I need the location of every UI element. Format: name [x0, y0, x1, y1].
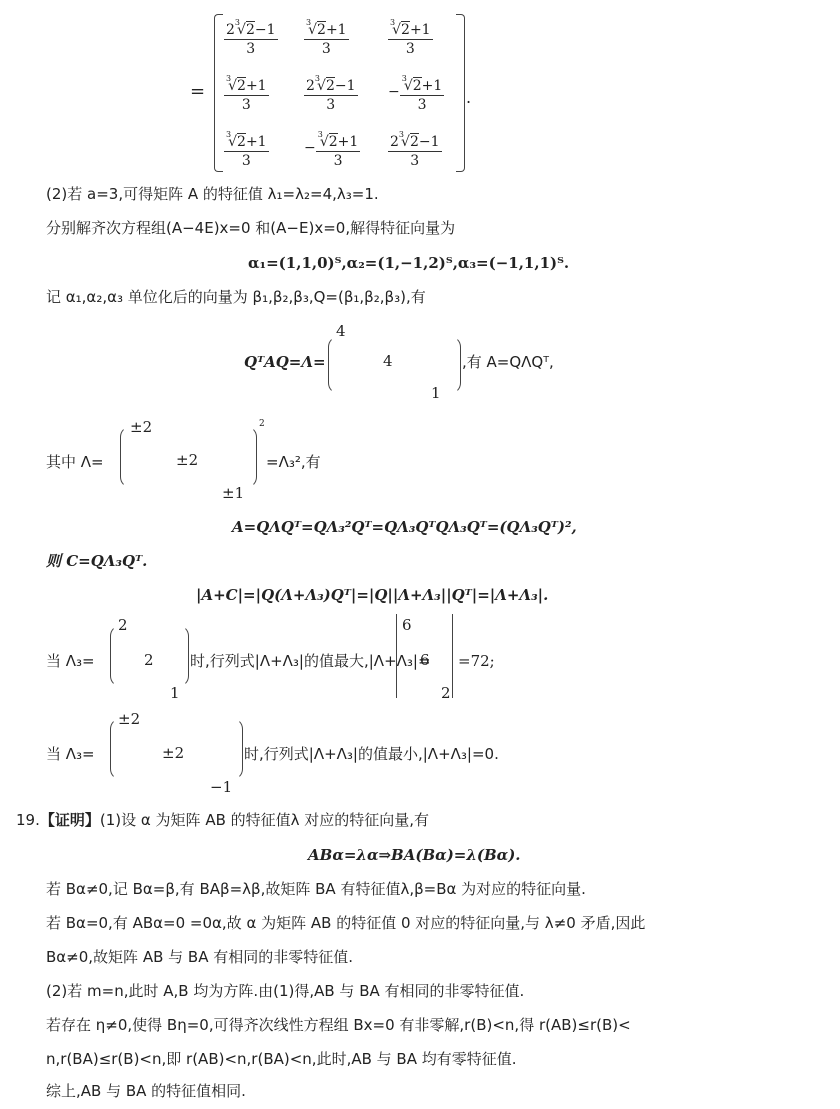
where-right-paren — [246, 426, 257, 488]
where-d1: ±2 — [130, 418, 152, 436]
matrix-cell: −3√2+13 — [304, 126, 360, 170]
qtaq-right-paren — [450, 336, 461, 394]
q19-conclusion: 综上,AB 与 BA 的特征值相同. — [46, 1081, 246, 1101]
matrix-cell: 23√2−13 — [224, 14, 278, 58]
q19-part2-intro: (2)若 m=n,此时 A,B 均为方阵.由(1)得,AB 与 BA 有相同的非… — [46, 981, 524, 1001]
max-d2: 2 — [144, 651, 154, 669]
matrix-cell: −3√2+13 — [388, 70, 444, 114]
max-right-paren — [178, 625, 189, 687]
q19-part2-a: 若存在 η≠0,使得 Bη=0,可得齐次线性方程组 Bx=0 有非零解,r(B)… — [46, 1015, 631, 1035]
min-d1: ±2 — [118, 710, 140, 728]
matrix-cell: 23√2−13 — [304, 70, 358, 114]
matrix-cell: 23√2−13 — [388, 126, 442, 170]
matrix-cell: 3√2+13 — [224, 126, 269, 170]
min-d3: −1 — [210, 778, 232, 796]
min-d2: ±2 — [162, 744, 184, 762]
min-right-paren — [232, 718, 243, 780]
matrix-right-bracket — [456, 14, 465, 172]
max-d1: 2 — [118, 616, 128, 634]
where-power: 2 — [259, 414, 265, 434]
eigenvectors: α₁=(1,1,0)ᵀ,α₂=(1,−1,2)ᵀ,α₃=(−1,1,1)ᵀ. — [248, 253, 569, 273]
qtaq-left-paren — [328, 336, 339, 394]
q19-case2b: Bα≠0,故矩阵 AB 与 BA 有相同的非零特征值. — [46, 947, 353, 967]
where-left: 其中 Λ= — [46, 452, 104, 472]
qtaq-left: QᵀAQ=Λ= — [244, 352, 326, 372]
determinant-chain: |A+C|=|Q(Λ+Λ₃)Qᵀ|=|Q||Λ+Λ₃||Qᵀ|=|Λ+Λ₃|. — [196, 585, 548, 605]
part2-intro: (2)若 a=3,可得矩阵 A 的特征值 λ₁=λ₂=4,λ₃=1. — [46, 184, 379, 204]
where-d2: ±2 — [176, 451, 198, 469]
matrix-equals: = — [190, 82, 205, 102]
q19-intro: (1)设 α 为矩阵 AB 的特征值λ 对应的特征向量,有 — [100, 811, 429, 829]
max-left-paren — [110, 625, 121, 687]
qtaq-d3: 1 — [431, 384, 441, 402]
matrix-period: . — [466, 88, 471, 108]
where-d3: ±1 — [222, 484, 244, 502]
matrix-cell: 3√2+13 — [304, 14, 349, 58]
min-left: 当 Λ₃= — [46, 744, 95, 764]
max-mid: 时,行列式|Λ+Λ₃|的值最大,|Λ+Λ₃|= — [190, 651, 431, 671]
det-left-bar — [396, 614, 397, 698]
det-d1: 6 — [402, 616, 412, 634]
det-d3: 2 — [441, 684, 451, 702]
proof-tag: 【证明】 — [40, 811, 100, 829]
q19-part2-b: n,r(BA)≤r(B)<n,即 r(AB)<n,r(BA)<n,此时,AB 与… — [46, 1049, 517, 1069]
matrix-cell: 3√2+13 — [224, 70, 269, 114]
decomposition-chain: A=QΛQᵀ=QΛ₃²Qᵀ=QΛ₃QᵀQΛ₃Qᵀ=(QΛ₃Qᵀ)², — [232, 517, 577, 537]
det-d2: 6 — [420, 651, 430, 669]
solve-systems: 分别解齐次方程组(A−4E)x=0 和(A−E)x=0,解得特征向量为 — [46, 218, 455, 238]
matrix-left-bracket — [214, 14, 223, 172]
qtaq-d1: 4 — [336, 322, 346, 340]
min-right: 时,行列式|Λ+Λ₃|的值最小,|Λ+Λ₃|=0. — [244, 744, 499, 764]
matrix-cell: 3√2+13 — [388, 14, 433, 58]
define-c: 则 C=QΛ₃Qᵀ. — [46, 551, 147, 571]
max-d3: 1 — [170, 684, 180, 702]
q19-header: 19.【证明】(1)设 α 为矩阵 AB 的特征值λ 对应的特征向量,有 — [16, 810, 429, 830]
q19-equation: ABα=λα⇒BA(Bα)=λ(Bα). — [308, 845, 521, 865]
q19-case2a: 若 Bα=0,有 ABα=0 =0α,故 α 为矩阵 AB 的特征值 0 对应的… — [46, 913, 645, 933]
unitize-line: 记 α₁,α₂,α₃ 单位化后的向量为 β₁,β₂,β₃,Q=(β₁,β₂,β₃… — [46, 287, 426, 307]
det-right-bar — [452, 614, 453, 698]
qtaq-right: ,有 A=QΛQᵀ, — [462, 352, 554, 372]
q19-number: 19. — [16, 811, 40, 829]
qtaq-d2: 4 — [383, 352, 393, 370]
max-right: =72; — [458, 651, 495, 671]
where-right: =Λ₃²,有 — [266, 452, 321, 472]
max-left: 当 Λ₃= — [46, 651, 95, 671]
q19-case1: 若 Bα≠0,记 Bα=β,有 BAβ=λβ,故矩阵 BA 有特征值λ,β=Bα… — [46, 879, 586, 899]
